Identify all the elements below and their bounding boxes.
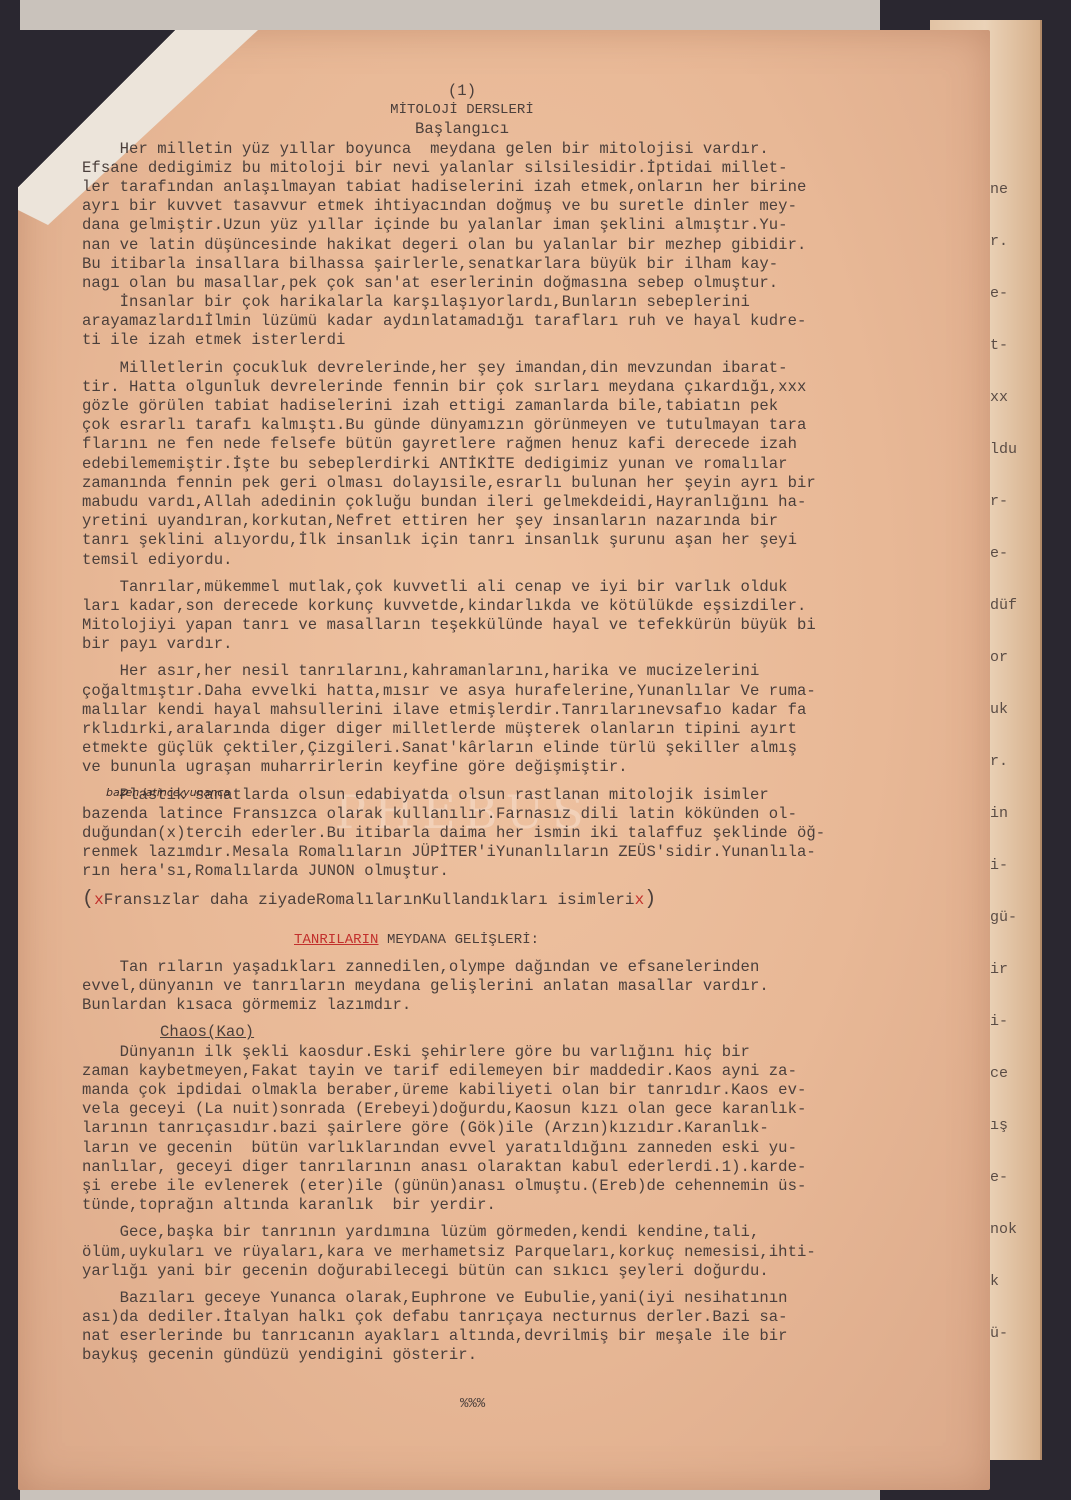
document-subtitle: Başlangıcı — [82, 120, 842, 139]
text-line: edebilememiştir.İşte bu sebeplerdirki AN… — [82, 455, 982, 474]
paragraph-night: Gece,başka bir tanrının yardımına lüzüm … — [82, 1223, 982, 1281]
text-line: nan ve latin düşüncesinde hakikat degeri… — [82, 236, 982, 255]
paragraph-intro: Her milletin yüz yıllar boyunca meydana … — [82, 140, 982, 351]
text-line: nagı olan bu masallar,pek çok san'at ese… — [82, 274, 982, 293]
text-line: bazenda latince Fransızca olarak kullanı… — [82, 805, 982, 824]
edge-text-fragment: e- — [990, 284, 1008, 304]
text-line: renmek lazımdır.Mesala Romalıların JÜPİT… — [82, 843, 982, 862]
paragraph-childhood: Milletlerin çocukluk devrelerinde,her şe… — [82, 359, 982, 570]
edge-text-fragment: in — [990, 804, 1008, 824]
text-line: flarını ne fen nede felsefe bütün gayret… — [82, 435, 982, 454]
text-line: Mitolojiyi yapan tanrı ve masalların teş… — [82, 616, 982, 635]
paragraph-ages: Her asır,her nesil tanrılarını,kahramanl… — [82, 662, 982, 777]
edge-text-fragment: ldu — [990, 440, 1017, 460]
text-line: Bunlardan kısaca görmemiz lazımdır. — [82, 996, 982, 1015]
text-line: ları kadar,son derecede korkunç kuvvetde… — [82, 597, 982, 616]
edge-text-fragment: ü- — [990, 1324, 1008, 1344]
text-line: mabudu vardı,Allah adedinin çokluğu bund… — [82, 493, 982, 512]
section-heading: TANRILARIN MEYDANA GELİŞLERİ: — [82, 931, 982, 950]
text-line: tir. Hatta olgunluk devrelerinde fennin … — [82, 378, 982, 397]
text-line: larının tanrıçasıdır.bazi şairlere göre … — [82, 1119, 982, 1138]
edge-text-fragment: düf — [990, 596, 1017, 616]
paragraph-chaos: Dünyanın ilk şekli kaosdur.Eski şehirler… — [82, 1043, 982, 1216]
paragraph-names-of-night: Bazıları geceye Yunanca olarak,Euphrone … — [82, 1289, 982, 1366]
text-line: Dünyanın ilk şekli kaosdur.Eski şehirler… — [82, 1043, 982, 1062]
text-line: malılar kendi hayal mahsullerini ilave e… — [82, 701, 982, 720]
text-line: yretini uyandıran,korkutan,Nefret ettire… — [82, 512, 982, 531]
edge-text-fragment: k — [990, 1272, 999, 1292]
end-mark: %%% — [460, 1396, 485, 1412]
edge-text-fragment: r. — [990, 752, 1008, 772]
text-line: zamanında fennin pek geri olması dolayıs… — [82, 474, 982, 493]
edge-text-fragment: t- — [990, 336, 1008, 356]
text-line: duğundan(x)tercih ederler.Bu itibarla da… — [82, 824, 982, 843]
edge-text-fragment: i- — [990, 1012, 1008, 1032]
text-line: tünde,toprağın altında karanlık bir yerd… — [82, 1196, 982, 1215]
text-line: ler tarafından anlaşılmayan tabiat hadis… — [82, 178, 982, 197]
paragraph-gods: Tanrılar,mükemmel mutlak,çok kuvvetli al… — [82, 578, 982, 655]
edge-text-fragment: ir — [990, 960, 1008, 980]
text-line: vela geceyi (La nuit)sonrada (Erebeyi)do… — [82, 1100, 982, 1119]
text-line: ayrı bir kuvvet tasavvur etmek ihtiyacın… — [82, 197, 982, 216]
text-line: ası)da dediler.İtalyan halkı çok defabu … — [82, 1308, 982, 1327]
edge-text-fragment: ce — [990, 1064, 1008, 1084]
subheading-chaos: Chaos(Kao) — [82, 1023, 280, 1042]
text-line: İnsanlar bir çok harikalarla karşılaşıyo… — [82, 293, 982, 312]
edge-text-fragment: i- — [990, 856, 1008, 876]
text-line: zaman kaybetmeyen,Fakat tayin ve tarif e… — [82, 1062, 982, 1081]
text-line: manda çok ipdidai olmakla beraber,üreme … — [82, 1081, 982, 1100]
text-line: Efsane dedigimiz bu mitoloji bir nevi ya… — [82, 159, 982, 178]
document-title: MİTOLOJİ DERSLERİ — [82, 101, 842, 120]
text-line: tanrı şeklini alıyordu,İlk insanlık için… — [82, 531, 982, 550]
text-line: Tanrılar,mükemmel mutlak,çok kuvvetli al… — [82, 578, 982, 597]
edge-text-fragment: ış — [990, 1116, 1008, 1136]
handwritten-note: bazen latince yunanca — [106, 786, 230, 799]
page-number: (1) — [82, 82, 842, 101]
text-line: Bu itibarla insallara bilhassa şairlerle… — [82, 255, 982, 274]
edge-text-fragment: e- — [990, 544, 1008, 564]
text-line: baykuş gecenin gündüzü yendigini gösteri… — [82, 1346, 982, 1365]
edge-text-fragment: r- — [990, 492, 1008, 512]
text-line: yarlığı yani bir gecenin doğurabilecegi … — [82, 1262, 982, 1281]
text-line: ve bununla ugraşan muharrirlerin keyfine… — [82, 758, 982, 777]
text-line: nanlılar, geceyi diger tanrılarının anas… — [82, 1158, 982, 1177]
text-line: Bazıları geceye Yunanca olarak,Euphrone … — [82, 1289, 982, 1308]
text-line: gözle görülen tabiat hadiselerini izah e… — [82, 397, 982, 416]
edge-text-fragment: gü- — [990, 908, 1017, 928]
text-line: evvel,dünyanın ve tanrıların meydana gel… — [82, 977, 982, 996]
text-line: nat eserlerinde bu tanrıcanın ayakları a… — [82, 1327, 982, 1346]
paragraph-names: Plastik sanatlarda olsun edabiyatda olsu… — [82, 786, 982, 882]
text-line: ölüm,uykuları ve rüyaları,kara ve merham… — [82, 1243, 982, 1262]
text-line: çoğaltmıştır.Daha evvelki hatta,mısır ve… — [82, 682, 982, 701]
text-line: Gece,başka bir tanrının yardımına lüzüm … — [82, 1223, 982, 1242]
footnote: (xFransızlar daha ziyadeRomalılarınKulla… — [82, 890, 982, 909]
document-body: (1) MİTOLOJİ DERSLERİ Başlangıcı Her mil… — [82, 82, 982, 1366]
edge-text-fragment: xx — [990, 388, 1008, 408]
edge-text-fragment: nok — [990, 1220, 1017, 1240]
edge-text-fragment: ne — [990, 180, 1008, 200]
text-line: şi erebe ile evlenerek (eter)ile (günün)… — [82, 1177, 982, 1196]
edge-text-fragment: or — [990, 648, 1008, 668]
text-line: rklıdırki,aralarında diger diger milletl… — [82, 720, 982, 739]
text-line: ti ile izah etmek isterlerdi — [82, 331, 982, 350]
text-line: çok esrarlı tarafı kalmıştı.Bu günde dün… — [82, 416, 982, 435]
text-line: temsil ediyordu. — [82, 551, 982, 570]
edge-text-fragment: r. — [990, 232, 1008, 252]
text-line: rın hera'sı,Romalılarda JUNON olmuştur. — [82, 862, 982, 881]
text-line: bir payı vardır. — [82, 635, 982, 654]
text-line: Tan rıların yaşadıkları zannedilen,olymp… — [82, 958, 982, 977]
text-line: dana gelmiştir.Uzun yüz yıllar içinde bu… — [82, 216, 982, 235]
text-line: ların ve gecenin bütün varlıklarından ev… — [82, 1139, 982, 1158]
text-line: Her asır,her nesil tanrılarını,kahramanl… — [82, 662, 982, 681]
edge-text-fragment: e- — [990, 1168, 1008, 1188]
text-line: etmekte güçlük çektiler,Çizgileri.Sanat'… — [82, 739, 982, 758]
text-line: Milletlerin çocukluk devrelerinde,her şe… — [82, 359, 982, 378]
text-line: Her milletin yüz yıllar boyunca meydana … — [82, 140, 982, 159]
text-line: arayamazlardıİlmin lüzümü kadar aydınlat… — [82, 312, 982, 331]
paragraph-origins: Tan rıların yaşadıkları zannedilen,olymp… — [82, 958, 982, 1016]
edge-text-fragment: uk — [990, 700, 1008, 720]
